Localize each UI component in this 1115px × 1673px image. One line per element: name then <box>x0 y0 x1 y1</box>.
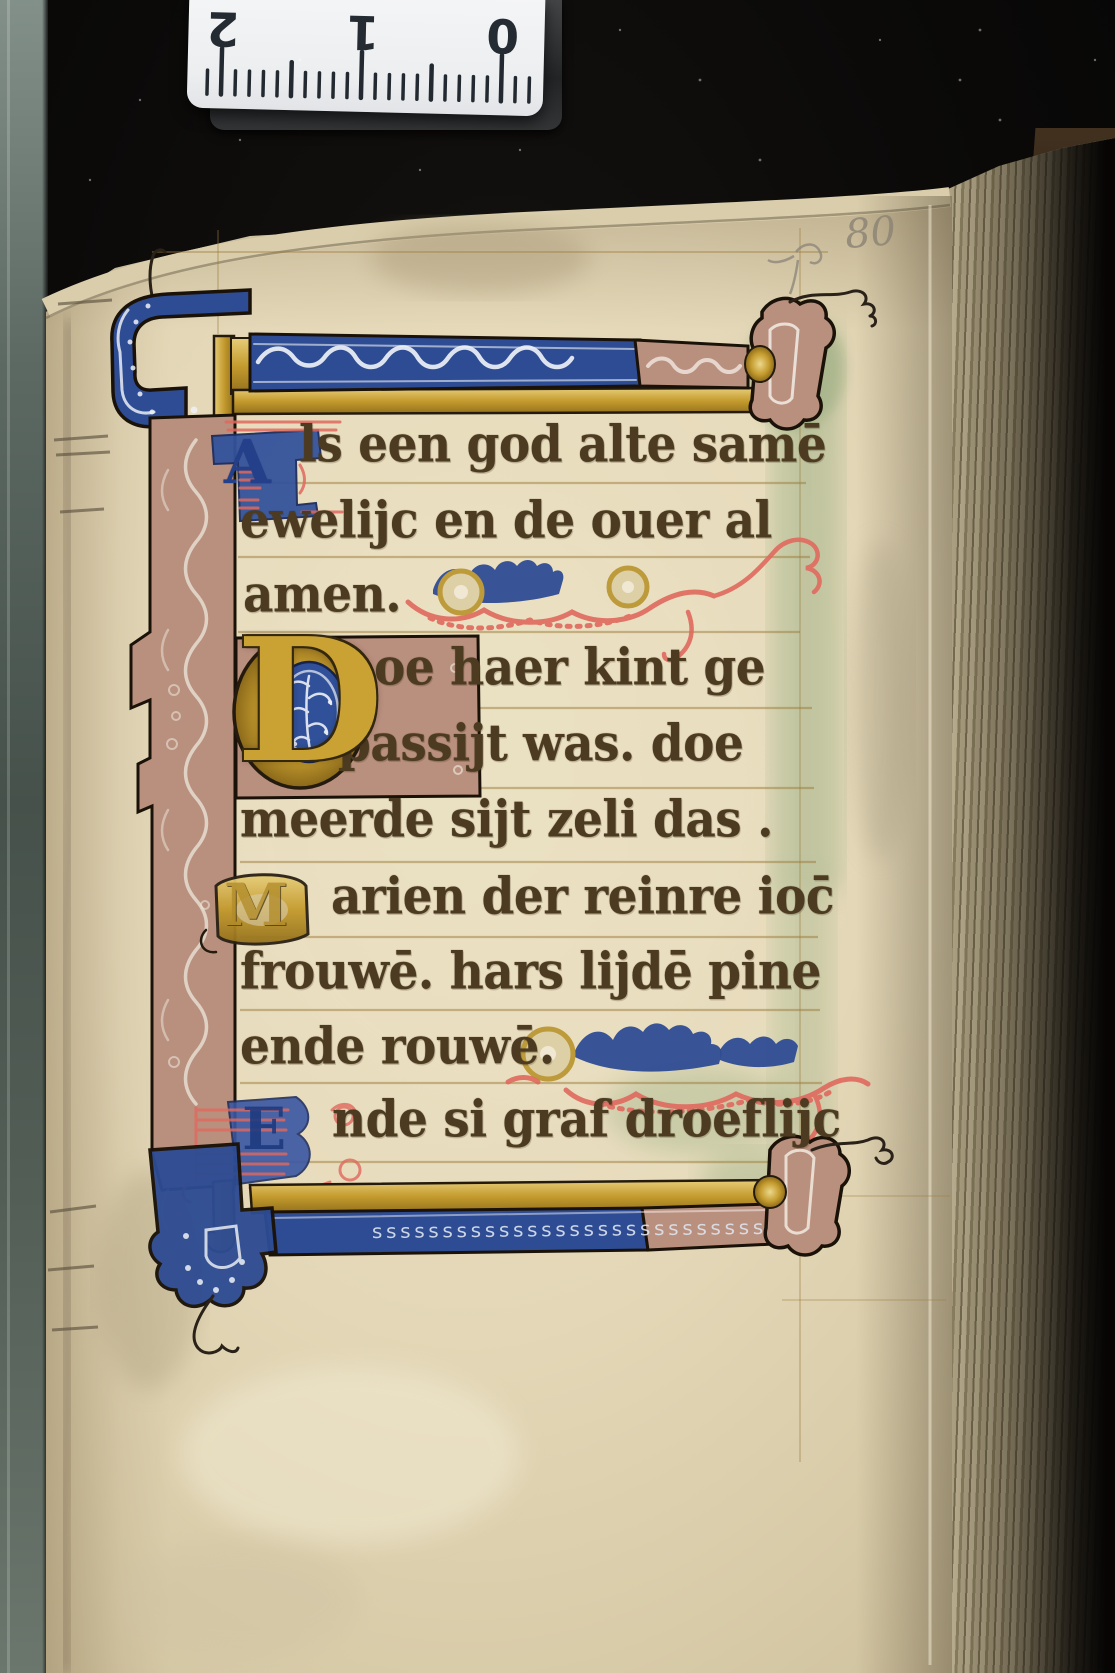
manuscript-text-line: nde si graf droeflijc <box>332 1095 841 1145</box>
centimeter-ruler: 2 1 0 <box>187 0 546 116</box>
initial-letter-e: E <box>242 1100 286 1158</box>
manuscript-text-line: ls een god alte samē <box>299 420 826 470</box>
folio-number: 80 <box>843 208 898 258</box>
ruler-number: 2 <box>206 0 240 56</box>
ruler-number: 0 <box>486 7 520 63</box>
manuscript-text-line: ende rouwē. <box>240 1022 555 1072</box>
manuscript-text-line: arien der reinre ioc̄ <box>331 872 834 922</box>
initial-letter-a: A <box>224 433 271 493</box>
manuscript-photo-scene: 2 1 0 <box>0 0 1115 1673</box>
manuscript-text-line: oe haer kint ge <box>374 643 765 693</box>
initial-letter-d: D <box>236 616 383 786</box>
manuscript-text-line: passijt was. doe <box>338 719 743 769</box>
manuscript-text-line: meerde sijt zeli das . <box>240 795 773 845</box>
manuscript-text-line: frouwē. hars lijdē pine <box>240 947 821 997</box>
ruler-number: 1 <box>346 4 380 60</box>
page-stack-fore-edge <box>928 138 1115 1673</box>
initial-letter-m: M <box>224 876 288 934</box>
manuscript-text-line: ewelijc en de ouer al <box>240 496 772 546</box>
glass-edge-strip <box>0 0 48 1673</box>
